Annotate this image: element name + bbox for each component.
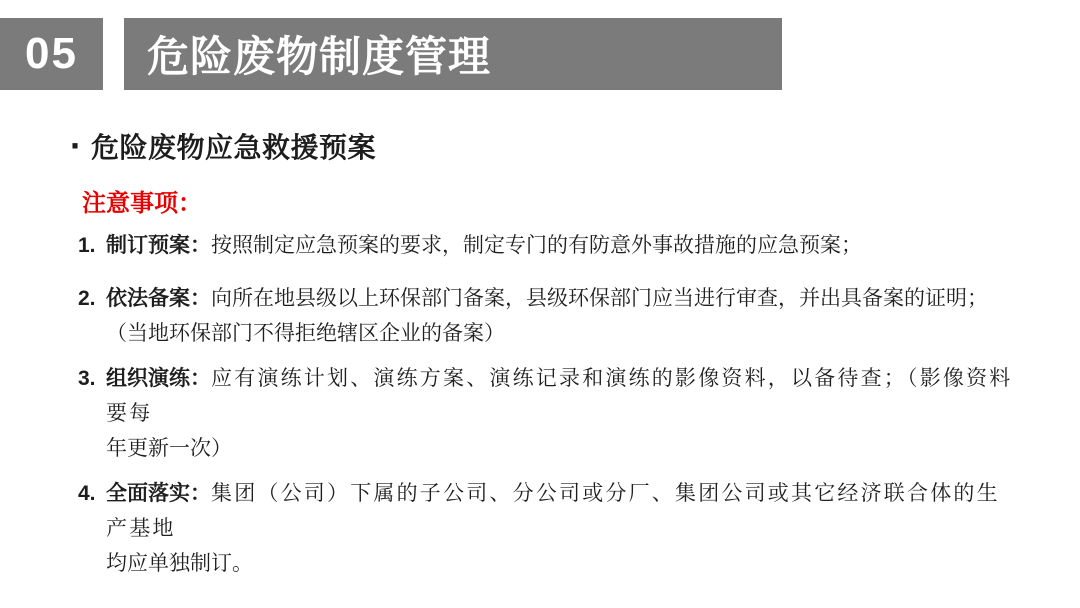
- section-subheading: · 危险废物应急救援预案: [70, 126, 376, 166]
- bullet-icon: ·: [70, 130, 82, 162]
- notice-label: 注意事项：: [82, 183, 202, 218]
- item-line-2: 年更新一次）: [106, 437, 232, 460]
- item-line-1: 集团（公司）下属的子公司、分公司或分厂、集团公司或其它经济联合体的生产基地: [106, 482, 1000, 540]
- list-item-1: 1. 制订预案：按照制定应急预案的要求，制定专门的有防意外事故措施的应急预案；: [78, 228, 1018, 263]
- item-text: 组织演练：应有演练计划、演练方案、演练记录和演练的影像资料，以备待查；（影像资料…: [106, 361, 1018, 466]
- item-number: 2.: [78, 281, 96, 316]
- list-item-4: 4. 全面落实：集团（公司）下属的子公司、分公司或分厂、集团公司或其它经济联合体…: [78, 476, 1018, 581]
- slide: 05 危险废物制度管理 · 危险废物应急救援预案 注意事项： 1. 制订预案：按…: [0, 0, 1080, 608]
- list-item-2: 2. 依法备案：向所在地县级以上环保部门备案，县级环保部门应当进行审查，并出具备…: [78, 281, 1018, 351]
- item-label: 依法备案：: [106, 287, 211, 310]
- item-label: 制订预案：: [106, 234, 211, 257]
- item-number: 1.: [78, 228, 96, 263]
- slide-title: 危险废物制度管理: [147, 24, 491, 84]
- section-number-block: 05: [0, 18, 103, 90]
- item-text: 依法备案：向所在地县级以上环保部门备案，县级环保部门应当进行审查，并出具备案的证…: [106, 281, 1018, 351]
- item-label: 全面落实：: [106, 482, 211, 505]
- item-line-2: （当地环保部门不得拒绝辖区企业的备案）: [106, 322, 505, 345]
- title-banner: 危险废物制度管理: [124, 18, 782, 90]
- section-heading: 危险废物应急救援预案: [91, 126, 376, 166]
- item-text: 全面落实：集团（公司）下属的子公司、分公司或分厂、集团公司或其它经济联合体的生产…: [106, 476, 1018, 581]
- item-label: 组织演练：: [106, 367, 211, 390]
- section-number: 05: [25, 29, 78, 79]
- item-number: 3.: [78, 361, 96, 396]
- item-line-1: 应有演练计划、演练方案、演练记录和演练的影像资料，以备待查；（影像资料要每: [106, 367, 1013, 425]
- item-line-2: 均应单独制订。: [106, 552, 253, 575]
- list-item-3: 3. 组织演练：应有演练计划、演练方案、演练记录和演练的影像资料，以备待查；（影…: [78, 361, 1018, 466]
- item-line-1: 向所在地县级以上环保部门备案，县级环保部门应当进行审查，并出具备案的证明；: [211, 287, 988, 310]
- item-line-1: 按照制定应急预案的要求，制定专门的有防意外事故措施的应急预案；: [211, 234, 862, 257]
- item-text: 制订预案：按照制定应急预案的要求，制定专门的有防意外事故措施的应急预案；: [106, 228, 1018, 263]
- notes-list: 1. 制订预案：按照制定应急预案的要求，制定专门的有防意外事故措施的应急预案； …: [78, 228, 1018, 581]
- item-number: 4.: [78, 476, 96, 511]
